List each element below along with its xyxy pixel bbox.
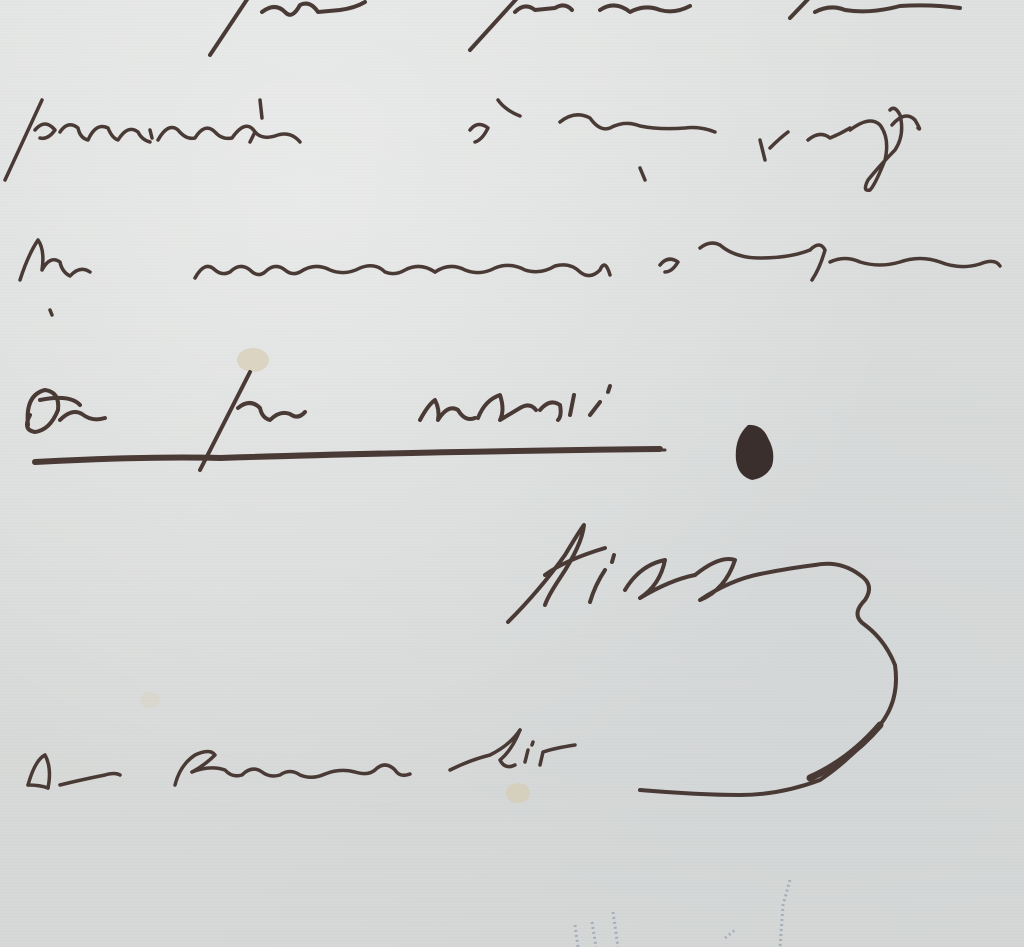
- line-1-strokes: [210, 0, 960, 55]
- line-3-strokes: [20, 240, 1000, 315]
- letter-paper: …cepte que les jeu… parviendra à temps, …: [0, 0, 1024, 947]
- signature-strokes: [508, 525, 896, 795]
- stain-mark: [140, 692, 160, 708]
- stain-mark: [237, 348, 269, 372]
- stain-mark: [506, 783, 530, 803]
- address-strokes: [28, 730, 575, 788]
- bleed-through-marks: [575, 880, 790, 947]
- line-2-strokes: [5, 100, 919, 190]
- signature-flourish-thick: [810, 725, 880, 778]
- ink-blot: [736, 425, 774, 480]
- handwriting: [0, 0, 1024, 947]
